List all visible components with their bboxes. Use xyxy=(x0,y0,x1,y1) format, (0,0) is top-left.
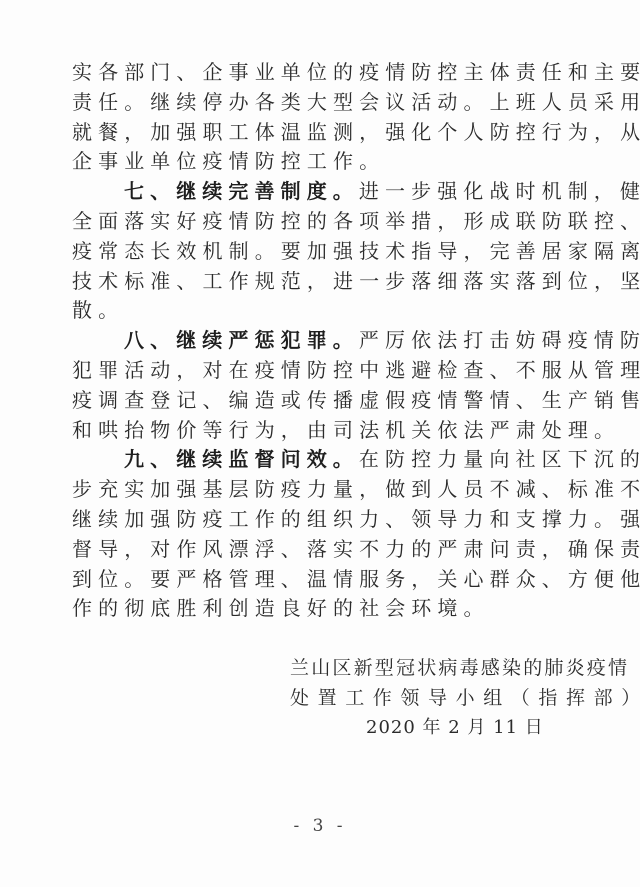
text-line: 企事业单位疫情防控工作。 xyxy=(72,147,570,177)
section-9-first-line: 九、继续监督问效。在防控力量向社区下沉的基础上，进一 xyxy=(72,445,570,475)
page-number: - 3 - xyxy=(0,816,640,836)
section-9-heading: 九、继续监督问效。 xyxy=(124,447,359,471)
text-line: 责任。继续停办各类大型会议活动。上班人员采用分时分餐方式 xyxy=(72,88,570,118)
text-span: 严厉依法打击妨碍疫情防控工作的违法 xyxy=(359,328,640,352)
text-line: 继续加强防疫工作的组织力、领导力和支撑力。强化不间断检查 xyxy=(72,505,570,535)
text-line: 实各部门、企事业单位的疫情防控主体责任和主要负责人的领导 xyxy=(72,58,570,88)
text-line: 步充实加强基层防疫力量，做到人员不减、标准不降、力度不松， xyxy=(72,475,570,505)
text-line: 疫常态长效机制。要加强技术指导，完善居家隔离、集中隔离的 xyxy=(72,237,570,267)
section-7-heading: 七、继续完善制度。 xyxy=(124,179,359,203)
signature-block: 兰山区新型冠状病毒感染的肺炎疫情 处置工作领导小组（指挥部） 2020 年 2 … xyxy=(290,653,590,743)
section-8-heading: 八、继续严惩犯罪。 xyxy=(124,328,359,352)
document-body: 实各部门、企事业单位的疫情防控主体责任和主要负责人的领导 责任。继续停办各类大型… xyxy=(72,58,570,624)
text-line: 散。 xyxy=(72,296,570,326)
text-line: 和哄抬物价等行为，由司法机关依法严肃处理。 xyxy=(72,416,570,446)
text-line: 督导，对作风漂浮、落实不力的严肃问责，确保责任、措施落实 xyxy=(72,535,570,565)
text-line: 到位。要严格管理、温情服务，关心群众、方便他人，为防疫工 xyxy=(72,565,570,595)
section-8-first-line: 八、继续严惩犯罪。严厉依法打击妨碍疫情防控工作的违法 xyxy=(72,326,570,356)
text-line: 全面落实好疫情防控的各项举措，形成联防联控、群防群治的防 xyxy=(72,207,570,237)
section-7-first-line: 七、继续完善制度。进一步强化战时机制，健全指挥体系， xyxy=(72,177,570,207)
text-span: 进一步强化战时机制，健全指挥体系， xyxy=(359,179,640,203)
signature-date: 2020 年 2 月 11 日 xyxy=(290,713,590,743)
text-span: 在防控力量向社区下沉的基础上，进一 xyxy=(359,447,640,471)
signature-org-line-2: 处置工作领导小组（指挥部） xyxy=(290,683,590,713)
signature-org-line-1: 兰山区新型冠状病毒感染的肺炎疫情 xyxy=(290,653,590,683)
document-page: 实各部门、企事业单位的疫情防控主体责任和主要负责人的领导 责任。继续停办各类大型… xyxy=(0,0,640,887)
text-line: 技术标准、工作规范，进一步落细落实落到位，坚决遏制疫情扩 xyxy=(72,267,570,297)
text-line: 就餐，加强职工体温监测，强化个人防控行为，从严做好机关和 xyxy=(72,118,570,148)
text-line: 犯罪活动，对在疫情防控中逃避检查、不服从管理、拒不配合防 xyxy=(72,356,570,386)
text-line: 作的彻底胜利创造良好的社会环境。 xyxy=(72,594,570,624)
text-line: 疫调查登记、编造或传播虚假疫情警情、生产销售伪劣医疗用品 xyxy=(72,386,570,416)
